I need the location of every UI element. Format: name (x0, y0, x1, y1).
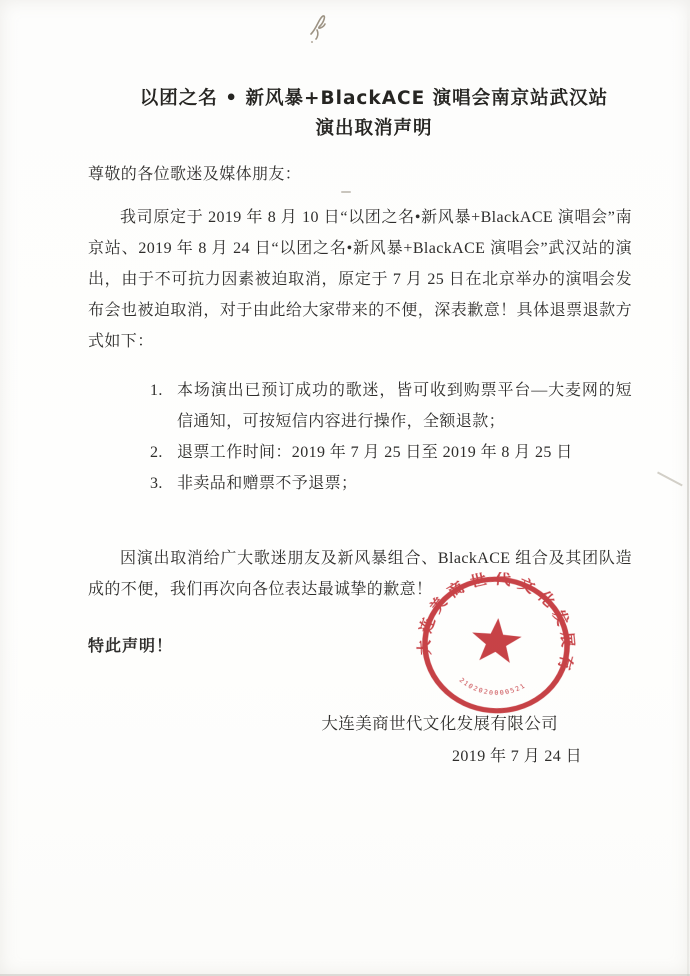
list-item-text: 本场演出已预订成功的歌迷，皆可收到购票平台—大麦网的短信通知，可按短信内容进行操… (177, 375, 632, 437)
title-line-2: 演出取消声明 (116, 114, 632, 144)
scanned-document-page: 以团之名 • 新风暴+BlackACE 演唱会南京站武汉站 演出取消声明 尊敬的… (0, 0, 690, 976)
list-item-number: 1. (150, 375, 177, 437)
list-item: 3. 非卖品和赠票不予退票； (88, 468, 632, 499)
list-item-text: 退票工作时间：2019 年 7 月 25 日至 2019 年 8 月 25 日 (177, 437, 632, 468)
list-item-number: 3. (150, 468, 177, 499)
signature-block: 大连美商世代文化发展有限公司 2019 年 7 月 24 日 (88, 708, 632, 772)
list-item: 1. 本场演出已预订成功的歌迷，皆可收到购票平台—大麦网的短信通知，可按短信内容… (88, 375, 632, 437)
title-line-1: 以团之名 • 新风暴+BlackACE 演唱会南京站武汉站 (116, 84, 632, 114)
paragraph-apology: 因演出取消给广大歌迷朋友及新风暴组合、BlackACE 组合及其团队造成的不便，… (88, 543, 632, 605)
signature-date: 2019 年 7 月 24 日 (88, 741, 632, 772)
declaration-line: 特此声明！ (88, 631, 632, 662)
document-body: 以团之名 • 新风暴+BlackACE 演唱会南京站武汉站 演出取消声明 尊敬的… (0, 0, 690, 772)
paragraph-cancellation: 我司原定于 2019 年 8 月 10 日“以团之名•新风暴+BlackACE … (88, 202, 632, 357)
greeting-line: 尊敬的各位歌迷及媒体朋友： (88, 159, 632, 190)
list-item-text: 非卖品和赠票不予退票； (177, 468, 632, 499)
company-name: 大连美商世代文化发展有限公司 (88, 708, 632, 739)
document-title: 以团之名 • 新风暴+BlackACE 演唱会南京站武汉站 演出取消声明 (88, 84, 632, 144)
refund-instructions-list: 1. 本场演出已预订成功的歌迷，皆可收到购票平台—大麦网的短信通知，可按短信内容… (88, 375, 632, 499)
list-item-number: 2. (150, 437, 177, 468)
list-item: 2. 退票工作时间：2019 年 7 月 25 日至 2019 年 8 月 25… (88, 437, 632, 468)
